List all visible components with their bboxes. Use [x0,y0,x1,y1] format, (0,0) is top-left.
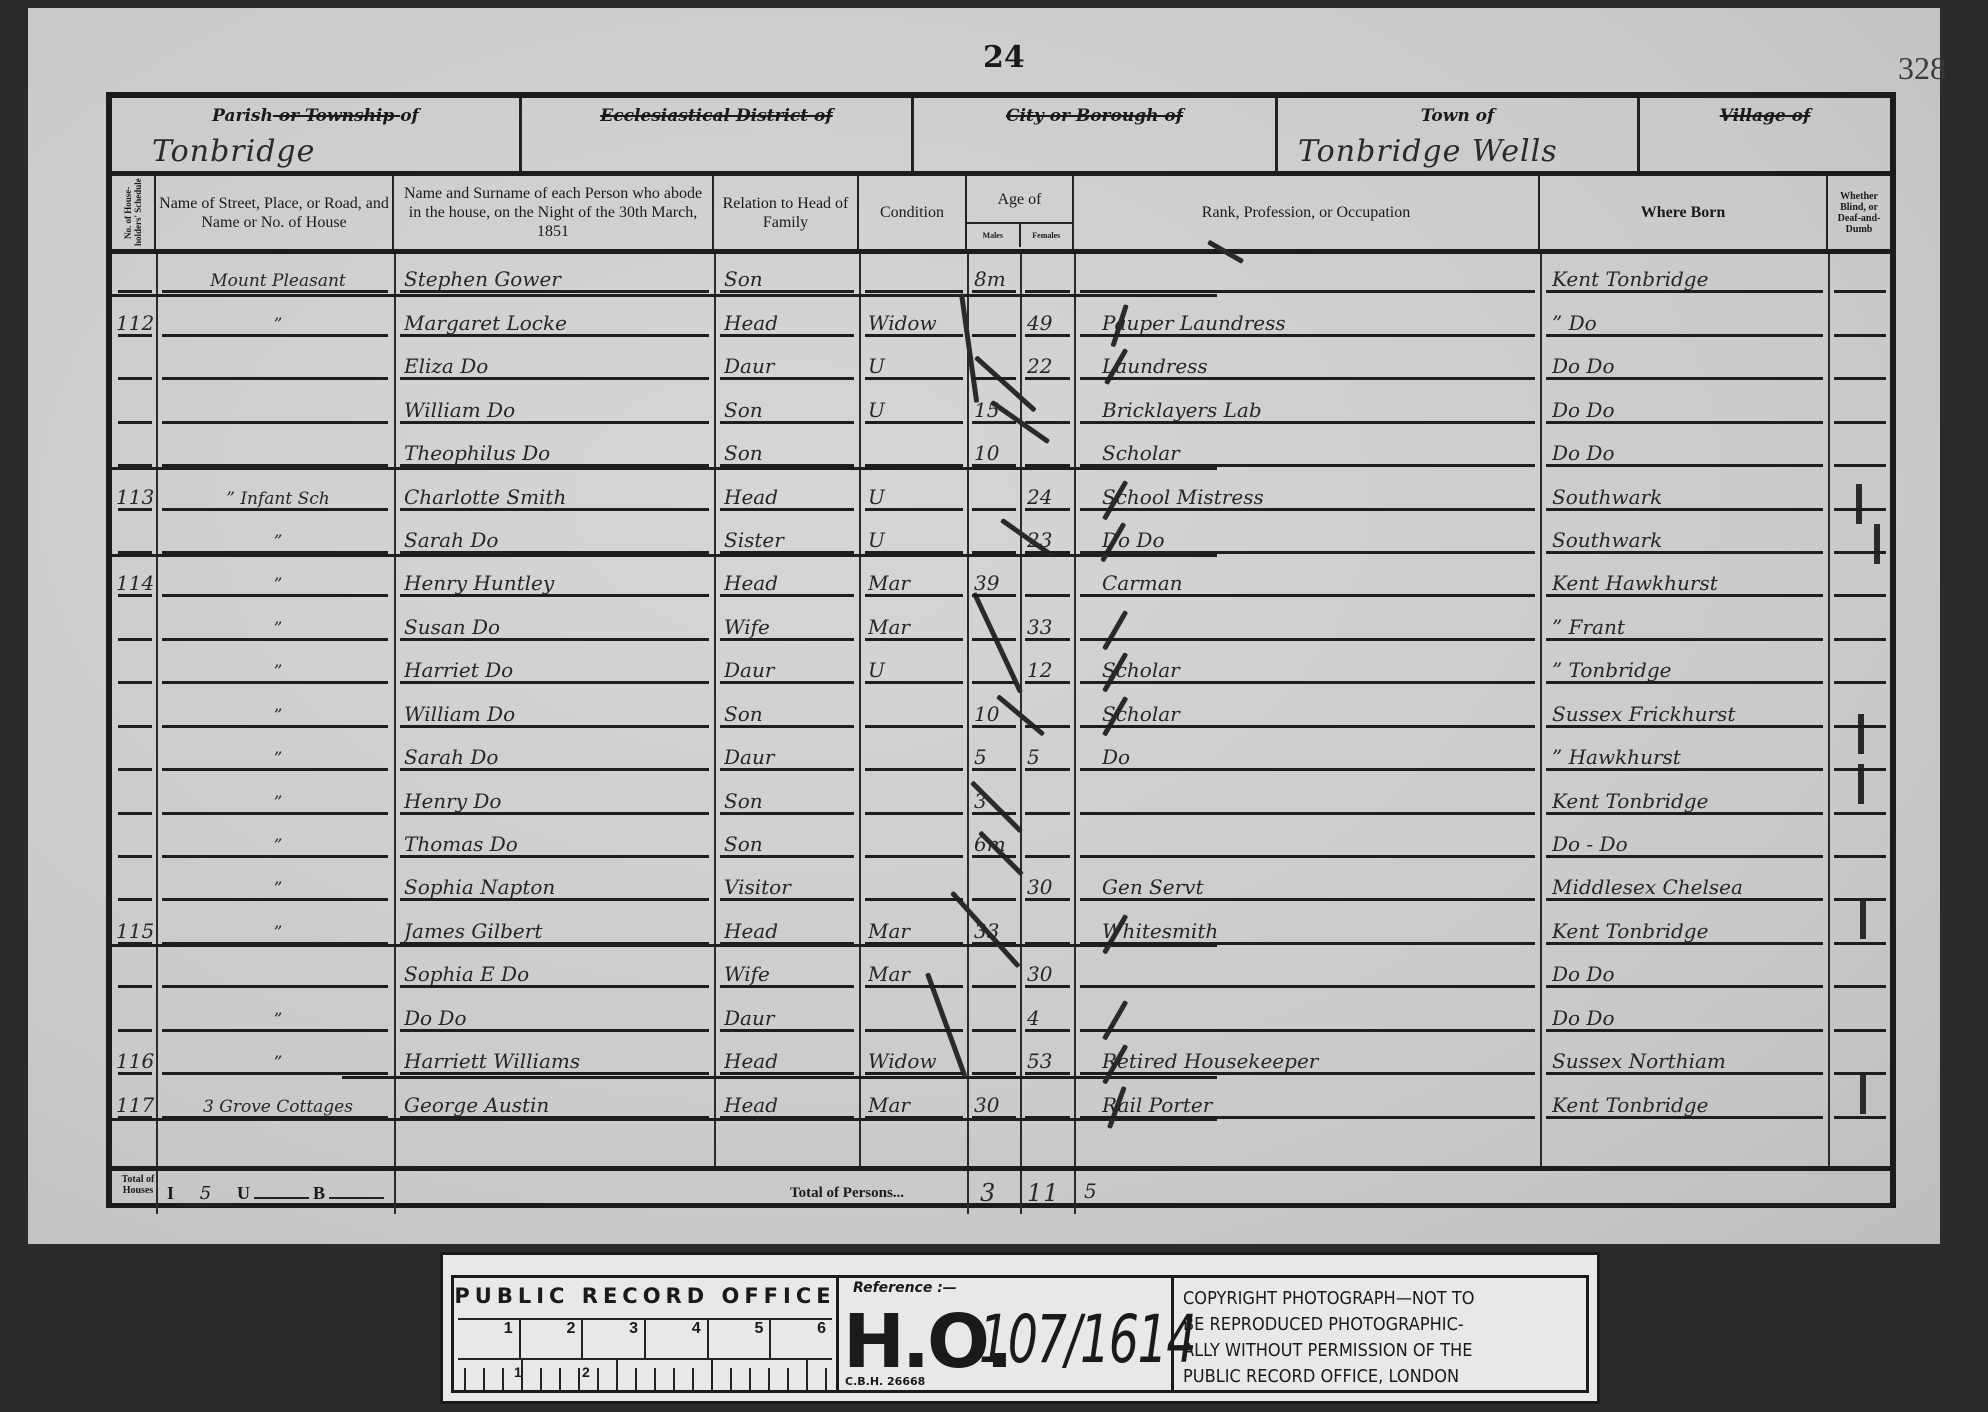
ruler-tick [616,1360,618,1390]
age-subheaders: Males Females [967,224,1072,247]
age-female: 22 [1027,354,1071,378]
table-row: 114 ” Henry Huntley Head Mar 39 Carman K… [112,558,1890,601]
street-address: ” [164,706,392,726]
age-males-label: Males [967,224,1021,247]
rule [118,290,152,293]
village-cell: Village of [1640,98,1890,171]
rule [118,377,152,380]
rule [162,985,388,988]
rule [118,812,152,815]
street-address: ” [164,575,392,595]
ruler-mark: 2 [521,1320,584,1358]
where-born: ” Tonbridge [1552,658,1824,682]
age-male: 39 [974,571,1018,595]
schedule-number: 113 [116,485,156,509]
rule [118,985,152,988]
occupation: Do Do [1102,528,1532,552]
rule [1080,290,1535,293]
relation: Daur [724,745,854,769]
ruler-tick [540,1368,542,1390]
relation: Son [724,789,854,813]
ruler-mark: 6 [771,1320,832,1358]
schedule-table: Parish or Township of Tonbridge Ecclesia… [106,92,1896,1208]
rule [1834,421,1886,424]
table-row: ” Sarah Do Sister U 23 Do Do Southwark [112,515,1890,558]
age-female: 30 [1027,875,1071,899]
table-row: Eliza Do Daur U 22 Laundress Do Do [112,341,1890,384]
person-name: Sophia E Do [404,962,709,986]
table-row: ” Do Do Daur 4 Do Do [112,992,1890,1035]
where-born: Southwark [1552,485,1824,509]
rule [1025,725,1070,728]
person-name: Eliza Do [404,354,709,378]
person-name: Margaret Locke [404,311,709,335]
person-name: William Do [404,702,709,726]
street-address: ” [164,923,392,943]
condition: U [868,398,964,422]
ecclesiastical-district-label: Ecclesiastical District of [522,106,911,126]
rule [118,1029,152,1032]
ruler-tick [806,1360,808,1390]
rule [972,334,1016,337]
relation: Wife [724,962,854,986]
ruler-tick [521,1360,523,1390]
relation: Son [724,832,854,856]
ruler-scale: 1 2 [458,1362,832,1390]
condition: Widow [868,311,964,335]
person-name: Sophia Napton [404,875,709,899]
condition: Mar [868,615,964,639]
ruler-tick [711,1360,713,1390]
condition: U [868,485,964,509]
person-name: George Austin [404,1093,709,1117]
col-where-born-header: Where Born [1540,176,1828,249]
uninhabited-label: U [237,1183,250,1203]
relation: Daur [724,658,854,682]
relation: Head [724,919,854,943]
copyright-notice: COPYRIGHT PHOTOGRAPH—NOT TO BE REPRODUCE… [1174,1278,1545,1390]
relation: Son [724,702,854,726]
ruler-tick [749,1368,751,1390]
where-born: Kent Tonbridge [1552,919,1824,943]
person-name: Henry Huntley [404,571,709,595]
total-extra-mark: 5 [1084,1179,1098,1203]
building-value [329,1197,384,1199]
rule [1834,1072,1886,1075]
age-female: 49 [1027,311,1071,335]
census-page: 24 328 Parish or Township of Tonbridge E… [28,8,1940,1244]
schedule-number: 116 [116,1049,156,1073]
col-occupation-header: Rank, Profession, or Occupation [1074,176,1540,249]
rule [865,812,963,815]
age-female: 24 [1027,485,1071,509]
rule [1025,812,1070,815]
person-name: Theophilus Do [404,441,709,465]
rule [162,377,388,380]
rule [972,508,1016,511]
relation: Daur [724,354,854,378]
age-male: 5 [974,745,1018,769]
person-name: James Gilbert [404,919,709,943]
occupation: Pauper Laundress [1102,311,1532,335]
rule [162,464,388,467]
street-address: ” [164,619,392,639]
ruler-tick [635,1368,637,1390]
street-address: ” [164,793,392,813]
col-divider [156,1171,158,1214]
col-divider [967,1171,969,1214]
reference-block: Reference :— H.O. 107/1614 C.B.H. 26668 [839,1278,1174,1390]
total-males: 3 [980,1179,996,1207]
col-street-header: Name of Street, Place, or Road, and Name… [156,176,394,249]
rule [118,898,152,901]
rule [865,290,963,293]
rule [1080,985,1535,988]
rule [972,638,1016,641]
where-born: ” Hawkhurst [1552,745,1824,769]
age-male: 15 [974,398,1018,422]
relation: Daur [724,1006,854,1030]
label-inner: PUBLIC RECORD OFFICE 1 2 3 4 5 6 1 2 Ref… [451,1275,1589,1393]
person-name: Do Do [404,1006,709,1030]
rule [972,681,1016,684]
where-born: Kent Hawkhurst [1552,571,1824,595]
rule [972,985,1016,988]
where-born: Kent Tonbridge [1552,1093,1824,1117]
table-row: ” Henry Do Son 3 Kent Tonbridge [112,775,1890,818]
page-number: 24 [983,40,1025,75]
reference-number: 107/1614 [979,1292,1195,1388]
where-born: Do Do [1552,1006,1824,1030]
rule [118,855,152,858]
col-divider [1020,1171,1022,1214]
ruler-mark: 3 [583,1320,646,1358]
rule [1834,551,1886,554]
table-row: ” Susan Do Wife Mar 33 ” Frant [112,601,1890,644]
age-male: 10 [974,441,1018,465]
ruler-tick [673,1368,675,1390]
person-name: Harriett Williams [404,1049,709,1073]
col-schedule-header: No. of House-holders' Schedule [112,176,156,249]
rule [1025,942,1070,945]
where-born: Kent Tonbridge [1552,267,1824,291]
age-females-label: Females [1021,224,1073,247]
ruler-scale-label: 2 [582,1364,590,1380]
ruler-tick [654,1368,656,1390]
ruler-tick [787,1368,789,1390]
rule [972,551,1016,554]
rule [972,377,1016,380]
table-row: 116 ” Harriett Williams Head Widow 53 Re… [112,1036,1890,1079]
total-houses: I5UB [167,1183,388,1206]
relation: Head [724,571,854,595]
person-name: Charlotte Smith [404,485,709,509]
parish-label: Parish [212,106,273,126]
street-address: ” [164,532,392,552]
age-female: 33 [1027,615,1071,639]
street-address: ” [164,1053,392,1073]
table-row: 115 ” James Gilbert Head Mar 33 Whitesmi… [112,905,1890,948]
person-name: Sarah Do [404,745,709,769]
rule [118,551,152,554]
rule [1834,377,1886,380]
schedule-number: 115 [116,919,156,943]
occupation: Laundress [1102,354,1532,378]
ruler-tick [502,1368,504,1390]
schedule-number: 117 [116,1093,156,1117]
street-address: ” [164,879,392,899]
rule [865,464,963,467]
where-born: Sussex Northiam [1552,1049,1824,1073]
relation: Visitor [724,875,854,899]
ruler-mark: 5 [709,1320,772,1358]
condition: U [868,354,964,378]
rule [1834,334,1886,337]
inhabited-label: I [167,1183,174,1203]
age-male: 3 [974,789,1018,813]
ruler-tick [559,1368,561,1390]
column-header-row: No. of House-holders' Schedule Name of S… [112,176,1890,254]
town-value: Tonbridge Wells [1298,134,1558,169]
occupation: Gen Servt [1102,875,1532,899]
parish-cell: Parish or Township of Tonbridge [112,98,522,171]
age-female: 12 [1027,658,1071,682]
schedule-number: 114 [116,571,156,595]
where-born: Do Do [1552,398,1824,422]
where-born: Southwark [1552,528,1824,552]
totals-row: Total of Houses I5UB Total of Persons...… [112,1166,1890,1209]
col-age-header: Age of Males Females [967,176,1074,249]
where-born: Do Do [1552,962,1824,986]
col-name-header: Name and Surname of each Person who abod… [394,176,714,249]
city-borough-cell: City or Borough of [914,98,1278,171]
parish-struck-text: or Township [273,106,400,126]
rule [865,768,963,771]
rule [1025,464,1070,467]
rule [1834,290,1886,293]
place-header-row: Parish or Township of Tonbridge Ecclesia… [112,98,1890,176]
building-label: B [313,1183,325,1203]
rule [1834,725,1886,728]
street-address: ” [164,662,392,682]
age-male: 33 [974,919,1018,943]
rule [118,464,152,467]
table-row: ” Harriet Do Daur U 12 Scholar ” Tonbrid… [112,645,1890,688]
rule [118,421,152,424]
rule [1834,942,1886,945]
relation: Son [724,267,854,291]
relation: Head [724,1049,854,1073]
rule [1834,681,1886,684]
reference-label: Reference :— [853,1280,957,1296]
town-label: Town of [1278,106,1637,126]
condition: Mar [868,1093,964,1117]
table-row: William Do Son U 15 Bricklayers Lab Do D… [112,384,1890,427]
condition: Mar [868,571,964,595]
pro-ruler-block: PUBLIC RECORD OFFICE 1 2 3 4 5 6 1 2 [454,1278,839,1390]
table-row: 117 3 Grove Cottages George Austin Head … [112,1079,1890,1122]
occupation: Bricklayers Lab [1102,398,1532,422]
ecclesiastical-district-cell: Ecclesiastical District of [522,98,914,171]
age-male: 30 [974,1093,1018,1117]
rule [1080,1029,1535,1032]
ruler-tick [578,1368,580,1390]
relation: Son [724,441,854,465]
where-born: ” Frant [1552,615,1824,639]
where-born: Middlesex Chelsea [1552,875,1824,899]
person-name: Susan Do [404,615,709,639]
col-relation-header: Relation to Head of Family [714,176,859,249]
rule [972,1072,1016,1075]
rule [1834,1029,1886,1032]
condition: Widow [868,1049,964,1073]
condition: Mar [868,962,964,986]
occupation: Retired Housekeeper [1102,1049,1532,1073]
relation: Son [724,398,854,422]
rule [1080,638,1535,641]
occupation: Whitesmith [1102,919,1532,943]
col-schedule-label: No. of House-holders' Schedule [123,178,143,247]
rule [865,1029,963,1032]
public-record-office-label: PUBLIC RECORD OFFICE 1 2 3 4 5 6 1 2 Ref… [440,1252,1600,1404]
col-divider [394,1171,396,1214]
ruler-tick [730,1368,732,1390]
rule [972,898,1016,901]
rule [865,898,963,901]
age-male: 8m [974,267,1018,291]
ruler-inches: 1 2 3 4 5 6 [458,1318,832,1360]
rule [865,725,963,728]
age-female: 23 [1027,528,1071,552]
pro-title: PUBLIC RECORD OFFICE [454,1284,836,1308]
table-row: ” William Do Son 10 Scholar Sussex Frick… [112,688,1890,731]
rule [118,681,152,684]
occupation: Rail Porter [1102,1093,1532,1117]
schedule-body: Mount Pleasant Stephen Gower Son 8m Kent… [112,254,1890,1166]
table-row: ” Sophia Napton Visitor 30 Gen Servt Mid… [112,862,1890,905]
table-row: ” Sarah Do Daur 5 5 Do ” Hawkhurst [112,732,1890,775]
ruler-mark: 1 [458,1320,521,1358]
col-blind-header: Whether Blind, or Deaf-and-Dumb [1828,176,1890,249]
condition: U [868,658,964,682]
total-persons-label: Total of Persons... [790,1185,904,1202]
where-born: Kent Tonbridge [1552,789,1824,813]
street-address: 3 Grove Cottages [164,1097,392,1117]
rule [118,725,152,728]
rule [118,768,152,771]
person-name: Stephen Gower [404,267,709,291]
where-born: Do Do [1552,441,1824,465]
rule [865,855,963,858]
uninhabited-value [254,1197,309,1199]
condition: U [868,528,964,552]
table-row: Sophia E Do Wife Mar 30 Do Do [112,949,1890,992]
rule [1025,855,1070,858]
age-female: 53 [1027,1049,1071,1073]
rule [1834,508,1886,511]
condition: Mar [868,919,964,943]
table-row: Theophilus Do Son 10 Scholar Do Do [112,428,1890,471]
inhabited-value: 5 [178,1183,233,1206]
rule [1834,768,1886,771]
rule [1834,464,1886,467]
town-cell: Town of Tonbridge Wells [1278,98,1640,171]
age-of-label: Age of [967,176,1072,224]
rule [972,1029,1016,1032]
rule [1834,898,1886,901]
col-condition-header: Condition [859,176,967,249]
age-female: 4 [1027,1006,1071,1030]
person-name: William Do [404,398,709,422]
occupation: Scholar [1102,658,1532,682]
relation: Head [724,311,854,335]
occupation: Do [1102,745,1532,769]
folio-number: 328 [1898,50,1946,87]
street-address: Mount Pleasant [164,271,392,291]
ruler-mark: 4 [646,1320,709,1358]
relation: Wife [724,615,854,639]
total-females: 11 [1027,1179,1060,1207]
occupation: Scholar [1102,702,1532,726]
where-born: ” Do [1552,311,1824,335]
rule [1025,594,1070,597]
rule [1834,1116,1886,1119]
relation: Sister [724,528,854,552]
parish-value: Tonbridge [152,134,315,169]
rule [1025,421,1070,424]
col-divider [1074,1171,1076,1214]
reference-code: C.B.H. 26668 [845,1375,925,1388]
schedule-number: 112 [116,311,156,335]
rule [1834,638,1886,641]
rule [162,421,388,424]
person-name: Harriet Do [404,658,709,682]
street-address: ” [164,749,392,769]
person-name: Thomas Do [404,832,709,856]
age-male: 10 [974,702,1018,726]
rule [118,638,152,641]
age-male: 6m [974,832,1018,856]
occupation: Scholar [1102,441,1532,465]
age-female: 5 [1027,745,1071,769]
street-address: ” [164,836,392,856]
rule [1834,985,1886,988]
age-female: 30 [1027,962,1071,986]
city-borough-label: City or Borough of [914,106,1275,126]
person-name: Sarah Do [404,528,709,552]
where-born: Sussex Frickhurst [1552,702,1824,726]
ruler-tick [597,1368,599,1390]
rule [1834,812,1886,815]
ruler-tick [692,1368,694,1390]
ruler-tick [483,1368,485,1390]
village-label: Village of [1640,106,1890,126]
street-address: ” [164,315,392,335]
street-address: ” [164,1010,392,1030]
table-row: 112 ” Margaret Locke Head Widow 49 Paupe… [112,297,1890,340]
rule [1025,1116,1070,1119]
table-row: ” Thomas Do Son 6m Do - Do [112,819,1890,862]
rule [1080,855,1535,858]
where-born: Do Do [1552,354,1824,378]
person-name: Henry Do [404,789,709,813]
occupation: School Mistress [1102,485,1532,509]
rule [1080,812,1535,815]
ruler-tick [464,1368,466,1390]
table-row: Mount Pleasant Stephen Gower Son 8m Kent… [112,254,1890,297]
relation: Head [724,485,854,509]
table-row: 113 ” Infant Sch Charlotte Smith Head U … [112,471,1890,514]
